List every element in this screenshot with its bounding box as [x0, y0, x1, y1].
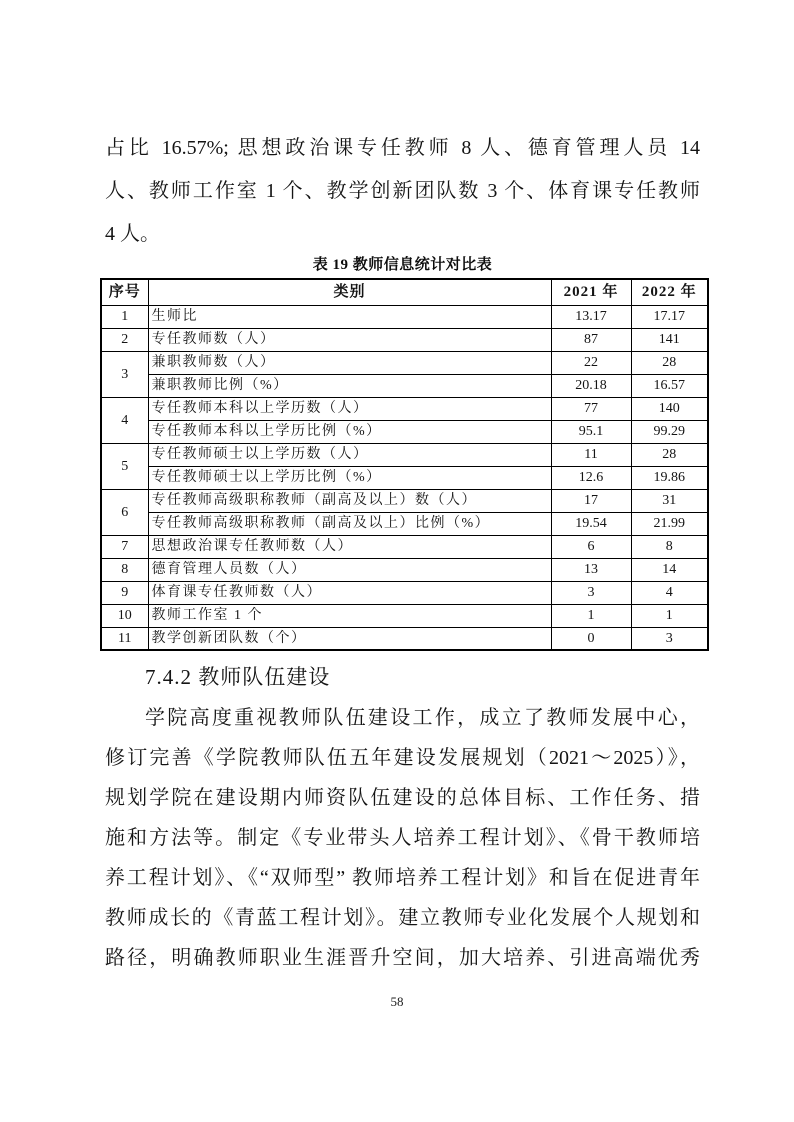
value-2021: 77: [551, 397, 631, 420]
row-label: 兼职教师数（人）: [148, 351, 551, 374]
page-number: 58: [0, 994, 794, 1010]
row-no: 10: [101, 604, 148, 627]
value-2022: 141: [631, 328, 708, 351]
body-paragraph: 学院高度重视教师队伍建设工作，成立了教师发展中心， 修订完善《学院教师队伍五年建…: [105, 698, 700, 978]
intro-paragraph: 占比 16.57%; 思想政治课专任教师 8 人、德育管理人员 14 人、教师工…: [105, 127, 700, 256]
value-2022: 14: [631, 558, 708, 581]
paragraph-line: 修订完善《学院教师队伍五年建设发展规划（2021～2025）》，: [105, 738, 700, 778]
paragraph-line: 路径，明确教师职业生涯晋升空间，加大培养、引进高端优秀: [105, 938, 700, 978]
value-2021: 19.54: [551, 512, 631, 535]
row-label: 兼职教师比例（%）: [148, 374, 551, 397]
teacher-stats-table: 序号 类别 2021 年 2022 年 1 生师比 13.17 17.17 2 …: [100, 278, 709, 651]
table-caption: 表 19 教师信息统计对比表: [105, 256, 700, 275]
value-2021: 1: [551, 604, 631, 627]
header-2022: 2022 年: [631, 279, 708, 305]
paragraph-line: 人、教师工作室 1 个、教学创新团队数 3 个、体育课专任教师: [105, 170, 700, 213]
paragraph-line: 教师成长的《青蓝工程计划》。建立教师专业化发展个人规划和: [105, 898, 700, 938]
value-2021: 13: [551, 558, 631, 581]
value-2022: 28: [631, 443, 708, 466]
value-2022: 4: [631, 581, 708, 604]
header-no: 序号: [101, 279, 148, 305]
row-no: 9: [101, 581, 148, 604]
value-2022: 99.29: [631, 420, 708, 443]
table-row: 4 专任教师本科以上学历数（人） 77 140: [101, 397, 708, 420]
table-row: 专任教师高级职称教师（副高及以上）比例（%） 19.54 21.99: [101, 512, 708, 535]
value-2021: 17: [551, 489, 631, 512]
table-row: 专任教师硕士以上学历比例（%） 12.6 19.86: [101, 466, 708, 489]
row-label: 教师工作室 1 个: [148, 604, 551, 627]
value-2022: 3: [631, 627, 708, 650]
row-no: 2: [101, 328, 148, 351]
table-row: 9 体育课专任教师数（人） 3 4: [101, 581, 708, 604]
row-no: 5: [101, 443, 148, 489]
table-row: 1 生师比 13.17 17.17: [101, 305, 708, 328]
table-row: 7 思想政治课专任教师数（人） 6 8: [101, 535, 708, 558]
value-2022: 17.17: [631, 305, 708, 328]
row-no: 1: [101, 305, 148, 328]
value-2021: 20.18: [551, 374, 631, 397]
table-row: 11 教学创新团队数（个） 0 3: [101, 627, 708, 650]
value-2021: 13.17: [551, 305, 631, 328]
row-label: 专任教师高级职称教师（副高及以上）数（人）: [148, 489, 551, 512]
paragraph-line: 4 人。: [105, 213, 700, 256]
section-heading: 7.4.2 教师队伍建设: [105, 662, 700, 692]
row-no: 11: [101, 627, 148, 650]
row-label: 生师比: [148, 305, 551, 328]
table-row: 8 德育管理人员数（人） 13 14: [101, 558, 708, 581]
row-label: 教学创新团队数（个）: [148, 627, 551, 650]
row-no: 4: [101, 397, 148, 443]
value-2021: 22: [551, 351, 631, 374]
row-no: 6: [101, 489, 148, 535]
table-row: 3 兼职教师数（人） 22 28: [101, 351, 708, 374]
paragraph-line: 学院高度重视教师队伍建设工作，成立了教师发展中心，: [105, 698, 700, 738]
table-row: 5 专任教师硕士以上学历数（人） 11 28: [101, 443, 708, 466]
row-label: 专任教师硕士以上学历比例（%）: [148, 466, 551, 489]
value-2021: 0: [551, 627, 631, 650]
table-row: 兼职教师比例（%） 20.18 16.57: [101, 374, 708, 397]
row-label: 专任教师数（人）: [148, 328, 551, 351]
paragraph-line: 占比 16.57%; 思想政治课专任教师 8 人、德育管理人员 14: [105, 127, 700, 170]
header-category: 类别: [148, 279, 551, 305]
value-2022: 140: [631, 397, 708, 420]
header-2021: 2021 年: [551, 279, 631, 305]
document-page: 占比 16.57%; 思想政治课专任教师 8 人、德育管理人员 14 人、教师工…: [0, 0, 794, 1122]
row-label: 专任教师硕士以上学历数（人）: [148, 443, 551, 466]
paragraph-line: 施和方法等。制定《专业带头人培养工程计划》、《骨干教师培: [105, 818, 700, 858]
table-row: 专任教师本科以上学历比例（%） 95.1 99.29: [101, 420, 708, 443]
row-label: 专任教师本科以上学历比例（%）: [148, 420, 551, 443]
value-2022: 16.57: [631, 374, 708, 397]
table-header-row: 序号 类别 2021 年 2022 年: [101, 279, 708, 305]
value-2021: 12.6: [551, 466, 631, 489]
table-row: 6 专任教师高级职称教师（副高及以上）数（人） 17 31: [101, 489, 708, 512]
value-2021: 3: [551, 581, 631, 604]
value-2021: 95.1: [551, 420, 631, 443]
value-2022: 28: [631, 351, 708, 374]
row-no: 3: [101, 351, 148, 397]
row-label: 专任教师高级职称教师（副高及以上）比例（%）: [148, 512, 551, 535]
value-2021: 87: [551, 328, 631, 351]
paragraph-line: 规划学院在建设期内师资队伍建设的总体目标、工作任务、措: [105, 778, 700, 818]
value-2022: 19.86: [631, 466, 708, 489]
row-label: 专任教师本科以上学历数（人）: [148, 397, 551, 420]
value-2021: 11: [551, 443, 631, 466]
row-label: 思想政治课专任教师数（人）: [148, 535, 551, 558]
value-2022: 31: [631, 489, 708, 512]
value-2022: 21.99: [631, 512, 708, 535]
table-row: 10 教师工作室 1 个 1 1: [101, 604, 708, 627]
value-2022: 1: [631, 604, 708, 627]
row-label: 德育管理人员数（人）: [148, 558, 551, 581]
row-no: 8: [101, 558, 148, 581]
paragraph-line: 养工程计划》、《“双师型” 教师培养工程计划》和旨在促进青年: [105, 858, 700, 898]
table-row: 2 专任教师数（人） 87 141: [101, 328, 708, 351]
row-no: 7: [101, 535, 148, 558]
row-label: 体育课专任教师数（人）: [148, 581, 551, 604]
value-2022: 8: [631, 535, 708, 558]
value-2021: 6: [551, 535, 631, 558]
